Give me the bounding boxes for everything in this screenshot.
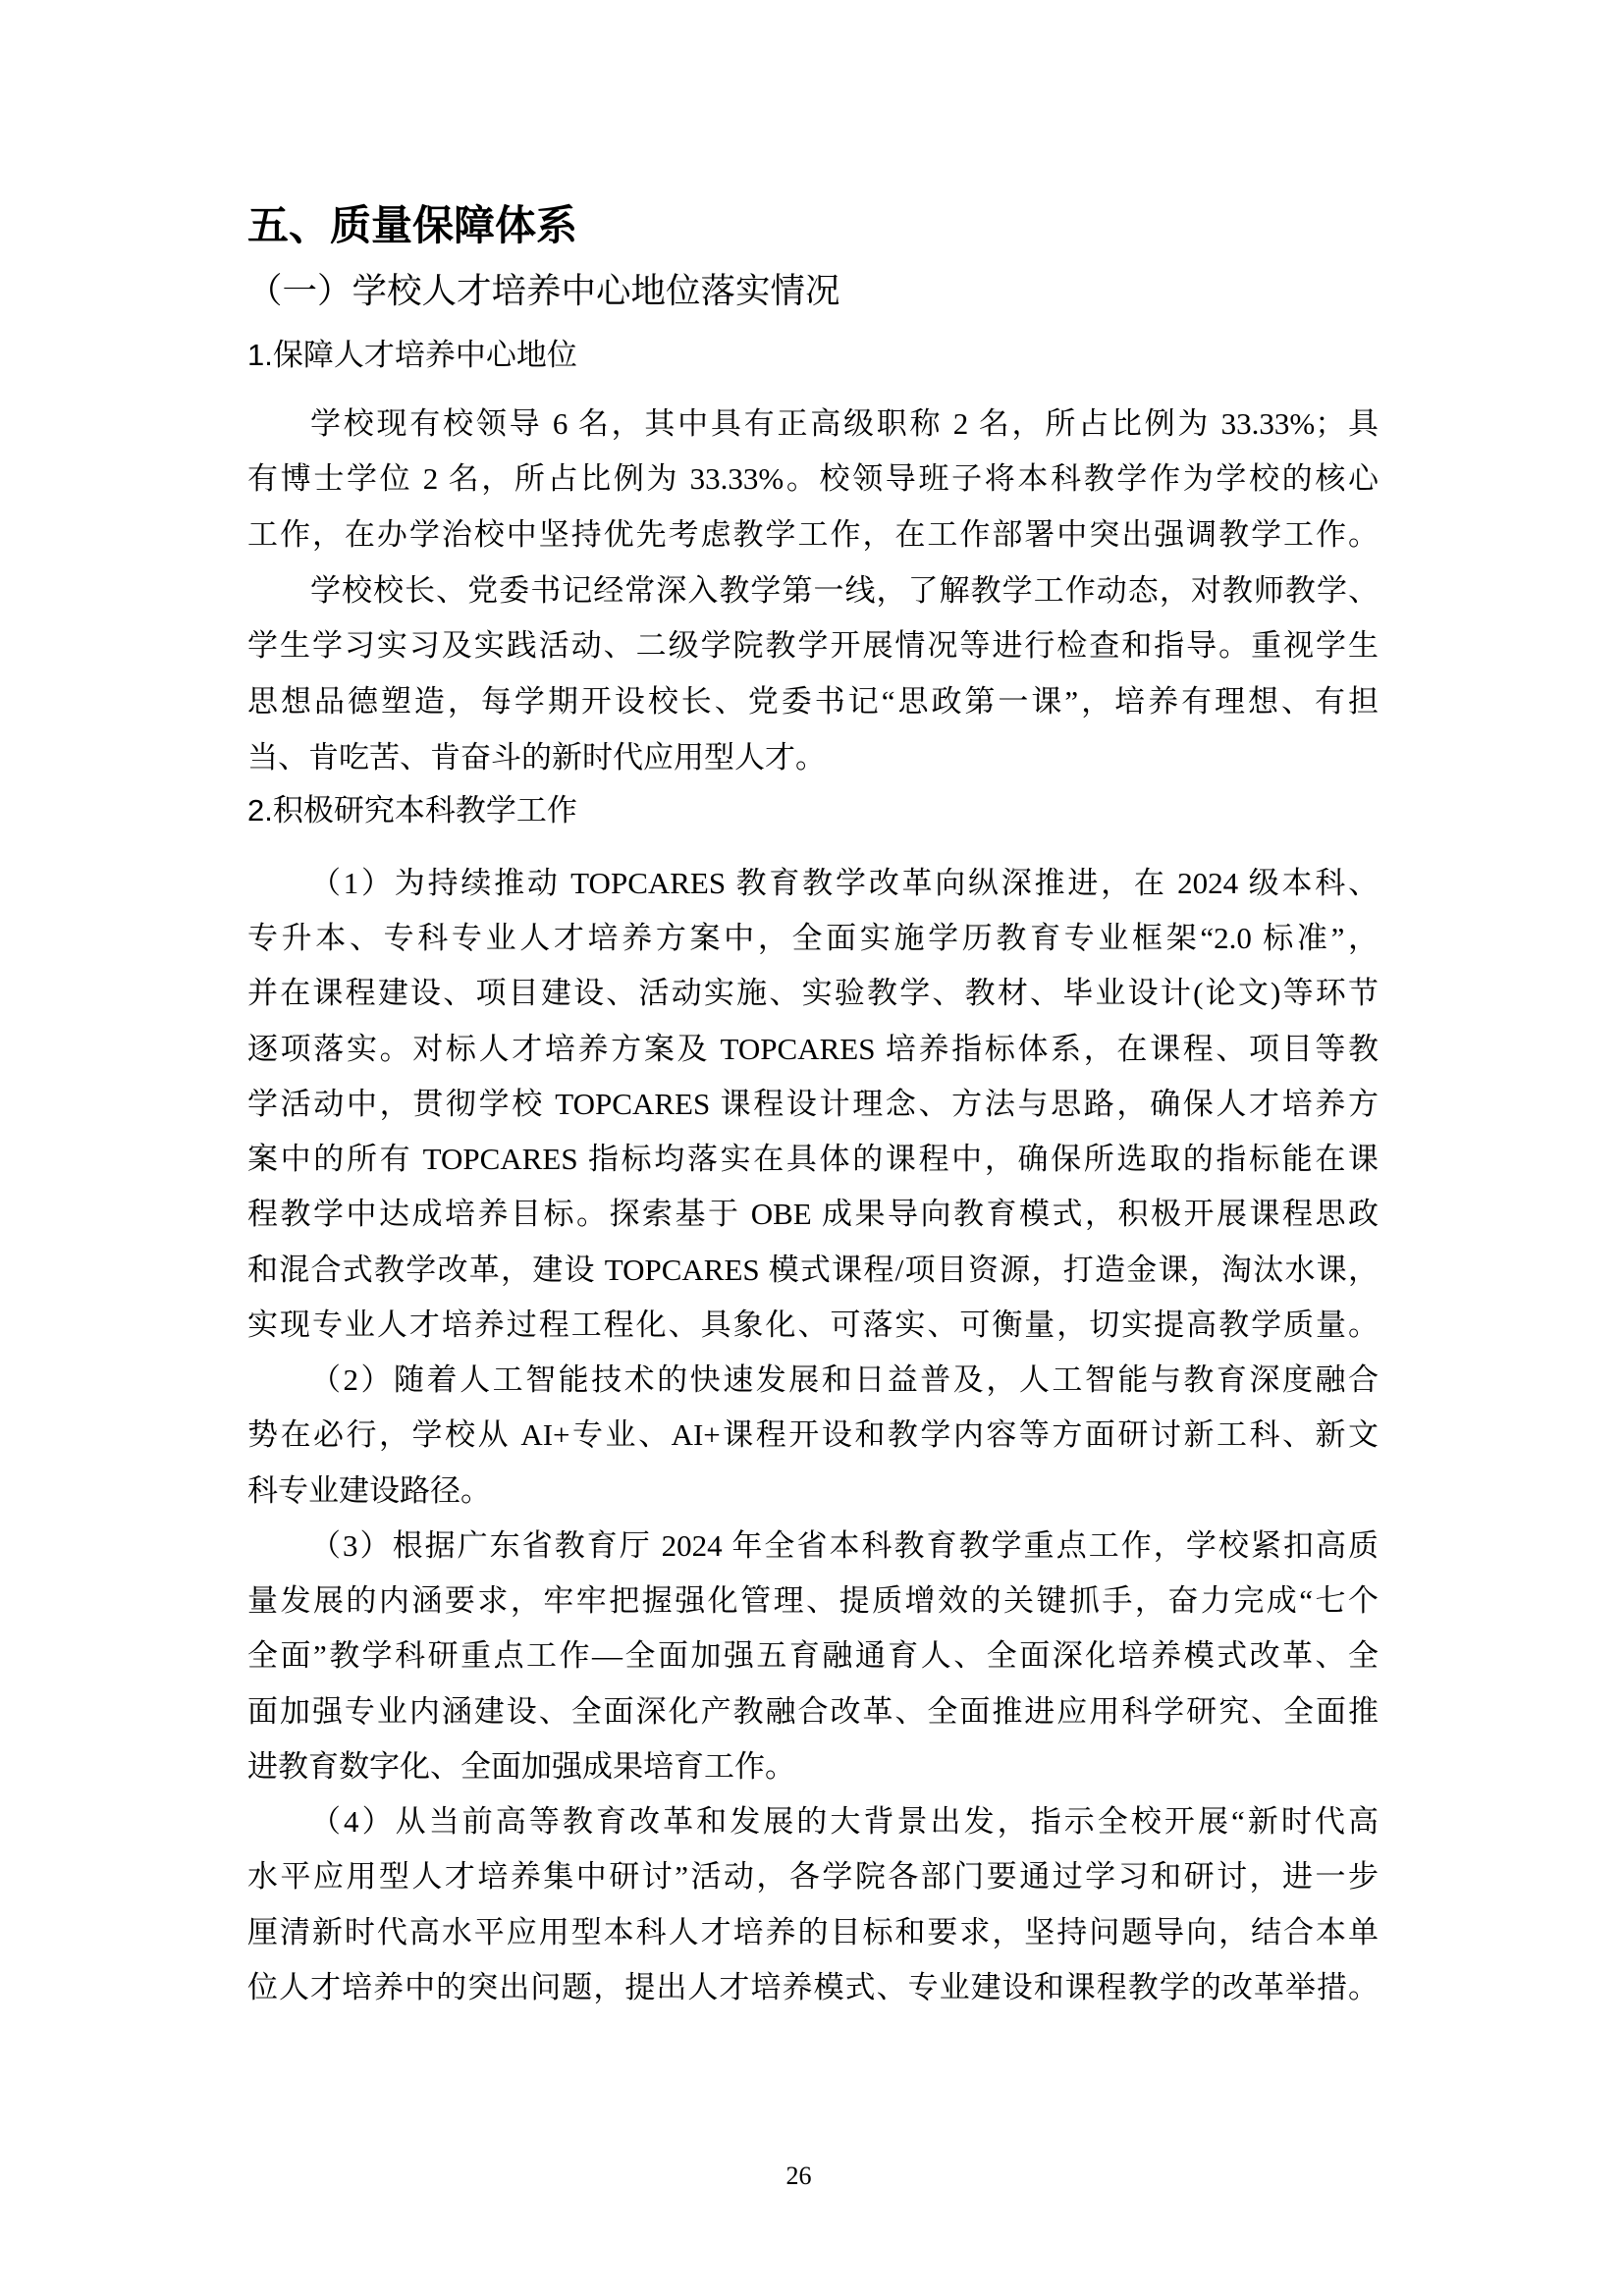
text-line: 势在必行，学校从 AI+专业、AI+课程开设和教学内容等方面研讨新工科、新文 (247, 1408, 1379, 1463)
text-line: 面加强专业内涵建设、全面深化产教融合改革、全面推进应用科学研究、全面推 (247, 1684, 1379, 1739)
paragraph: 学校现有校领导 6 名，其中具有正高级职称 2 名，所占比例为 33.33%；具… (247, 397, 1379, 563)
paragraph: 学校校长、党委书记经常深入教学第一线，了解教学工作动态，对教师教学、 学生学习实… (247, 563, 1379, 786)
text-line: 学活动中，贯彻学校 TOPCARES 课程设计理念、方法与思路，确保人才培养方 (247, 1077, 1379, 1132)
text-line: 程教学中达成培养目标。探索基于 OBE 成果导向教育模式，积极开展课程思政 (247, 1187, 1379, 1242)
document-page: 五、质量保障体系 （一）学校人才培养中心地位落实情况 1.保障人才培养中心地位 … (0, 0, 1623, 2296)
item-heading: 1.保障人才培养中心地位 (247, 323, 1379, 388)
section-title: 五、质量保障体系 (247, 192, 1379, 258)
text-line: 学校现有校领导 6 名，其中具有正高级职称 2 名，所占比例为 33.33%；具 (247, 397, 1379, 453)
paragraph: （4）从当前高等教育改革和发展的大背景出发，指示全校开展“新时代高 水平应用型人… (247, 1794, 1379, 2015)
text-line: 逐项落实。对标人才培养方案及 TOPCARES 培养指标体系，在课程、项目等教 (247, 1022, 1379, 1077)
item-2-block: 2.积极研究本科教学工作 （1）为持续推动 TOPCARES 教育教学改革向纵深… (247, 785, 1379, 2015)
text-line: 进教育数字化、全面加强成果培育工作。 (247, 1739, 1379, 1794)
text-line: （2）随着人工智能技术的快速发展和日益普及，人工智能与教育深度融合 (247, 1353, 1379, 1408)
page-number: 26 (766, 2160, 832, 2193)
text-line: 并在课程建设、项目建设、活动实施、实验教学、教材、毕业设计(论文)等环节 (247, 966, 1379, 1021)
text-line: 学校校长、党委书记经常深入教学第一线，了解教学工作动态，对教师教学、 (247, 563, 1379, 619)
text-line: 当、肯吃苦、肯奋斗的新时代应用型人才。 (247, 730, 1379, 786)
item-1-block: 1.保障人才培养中心地位 学校现有校领导 6 名，其中具有正高级职称 2 名，所… (247, 323, 1379, 786)
text-line: 水平应用型人才培养集中研讨”活动，各学院各部门要通过学习和研讨，进一步 (247, 1849, 1379, 1904)
subsection-title: （一）学校人才培养中心地位落实情况 (247, 258, 1379, 323)
text-line: 思想品德塑造，每学期开设校长、党委书记“思政第一课”，培养有理想、有担 (247, 674, 1379, 730)
text-line: （1）为持续推动 TOPCARES 教育教学改革向纵深推进，在 2024 级本科… (247, 856, 1379, 911)
text-line: 案中的所有 TOPCARES 指标均落实在具体的课程中，确保所选取的指标能在课 (247, 1132, 1379, 1187)
text-line: 量发展的内涵要求，牢牢把握强化管理、提质增效的关键抓手，奋力完成“七个 (247, 1574, 1379, 1629)
text-line: 厘清新时代高水平应用型本科人才培养的目标和要求，坚持问题导向，结合本单 (247, 1905, 1379, 1960)
text-line: 科专业建设路径。 (247, 1464, 1379, 1519)
item-heading: 2.积极研究本科教学工作 (247, 785, 1379, 836)
text-line: 位人才培养中的突出问题，提出人才培养模式、专业建设和课程教学的改革举措。 (247, 1960, 1379, 2015)
text-line: 实现专业人才培养过程工程化、具象化、可落实、可衡量，切实提高教学质量。 (247, 1298, 1379, 1353)
text-line: 有博士学位 2 名，所占比例为 33.33%。校领导班子将本科教学作为学校的核心 (247, 452, 1379, 507)
paragraph: （2）随着人工智能技术的快速发展和日益普及，人工智能与教育深度融合 势在必行，学… (247, 1353, 1379, 1519)
text-line: 和混合式教学改革，建设 TOPCARES 模式课程/项目资源，打造金课，淘汰水课… (247, 1243, 1379, 1298)
paragraph: （1）为持续推动 TOPCARES 教育教学改革向纵深推进，在 2024 级本科… (247, 856, 1379, 1353)
paragraph: （3）根据广东省教育厅 2024 年全省本科教育教学重点工作，学校紧扣高质 量发… (247, 1519, 1379, 1794)
text-line: 工作，在办学治校中坚持优先考虑教学工作，在工作部署中突出强调教学工作。 (247, 507, 1379, 563)
text-line: 学生学习实习及实践活动、二级学院教学开展情况等进行检查和指导。重视学生 (247, 618, 1379, 674)
text-line: （4）从当前高等教育改革和发展的大背景出发，指示全校开展“新时代高 (247, 1794, 1379, 1849)
text-line: 全面”教学科研重点工作—全面加强五育融通育人、全面深化培养模式改革、全 (247, 1629, 1379, 1683)
page-content: 五、质量保障体系 （一）学校人才培养中心地位落实情况 1.保障人才培养中心地位 … (247, 192, 1379, 2016)
text-line: （3）根据广东省教育厅 2024 年全省本科教育教学重点工作，学校紧扣高质 (247, 1519, 1379, 1574)
text-line: 专升本、专科专业人才培养方案中，全面实施学历教育专业框架“2.0 标准”， (247, 911, 1379, 966)
